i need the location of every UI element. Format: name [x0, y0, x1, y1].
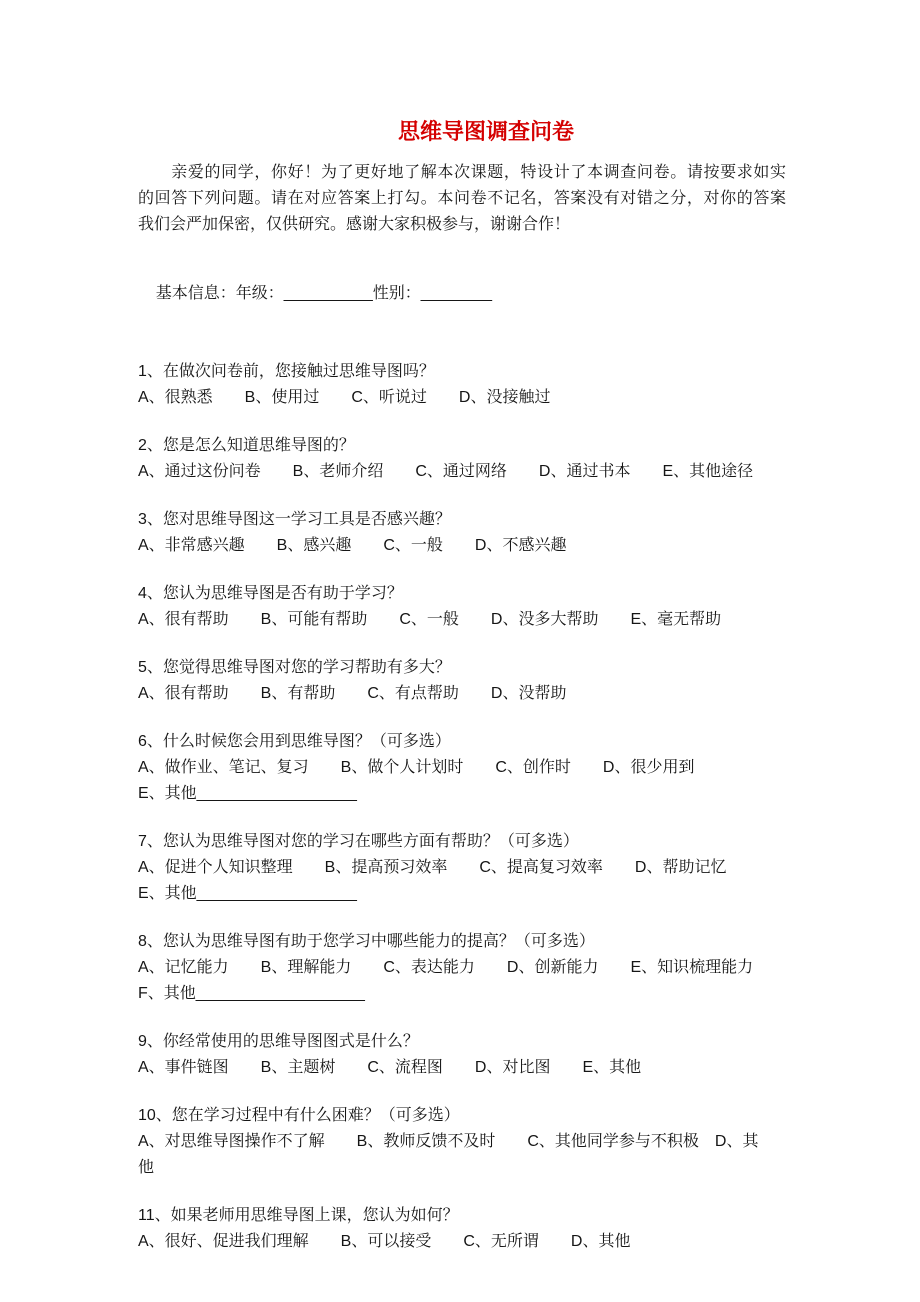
option-line: A、非常感兴趣 B、感兴趣 C、一般 D、不感兴趣: [138, 533, 786, 559]
basic-info-label: 基本信息：年级：: [156, 285, 284, 302]
question-block: 2、您是怎么知道思维导图的？A、通过这份问卷 B、老师介绍 C、通过网络 D、通…: [138, 433, 786, 485]
question-text: 5、您觉得思维导图对您的学习帮助有多大？: [138, 655, 786, 681]
option-line: F、其他___________________: [138, 981, 786, 1007]
document-title: 思维导图调查问卷: [138, 117, 786, 147]
question-block: 4、您认为思维导图是否有助于学习？A、很有帮助 B、可能有帮助 C、一般 D、没…: [138, 581, 786, 633]
question-text: 1、在做次问卷前，您接触过思维导图吗？: [138, 359, 786, 385]
option-line: A、很熟悉 B、使用过 C、听说过 D、没接触过: [138, 385, 786, 411]
option-line: A、做作业、笔记、复习 B、做个人计划时 C、创作时 D、很少用到: [138, 755, 786, 781]
question-text: 6、什么时候您会用到思维导图？（可多选）: [138, 729, 786, 755]
option-line: A、很有帮助 B、可能有帮助 C、一般 D、没多大帮助 E、毫无帮助: [138, 607, 786, 633]
question-block: 8、您认为思维导图有助于您学习中哪些能力的提高？（可多选）A、记忆能力 B、理解…: [138, 929, 786, 1007]
question-text: 4、您认为思维导图是否有助于学习？: [138, 581, 786, 607]
option-line: E、其他__________________: [138, 781, 786, 807]
question-text: 11、如果老师用思维导图上课，您认为如何？: [138, 1203, 786, 1229]
intro-line: 亲爱的同学，你好！为了更好地了解本次课题，特设计了本调查问卷。请按要求如实: [138, 160, 786, 186]
option-line: A、对思维导图操作不了解 B、教师反馈不及时 C、其他同学参与不积极 D、其: [138, 1129, 786, 1155]
question-block: 5、您觉得思维导图对您的学习帮助有多大？A、很有帮助 B、有帮助 C、有点帮助 …: [138, 655, 786, 707]
intro-paragraph: 亲爱的同学，你好！为了更好地了解本次课题，特设计了本调查问卷。请按要求如实的回答…: [138, 160, 786, 238]
question-text: 8、您认为思维导图有助于您学习中哪些能力的提高？（可多选）: [138, 929, 786, 955]
grade-blank: __________: [284, 285, 373, 302]
question-block: 9、你经常使用的思维导图图式是什么？A、事件链图 B、主题树 C、流程图 D、对…: [138, 1029, 786, 1081]
option-line: A、促进个人知识整理 B、提高预习效率 C、提高复习效率 D、帮助记忆: [138, 855, 786, 881]
option-line: A、很有帮助 B、有帮助 C、有点帮助 D、没帮助: [138, 681, 786, 707]
basic-info-line: 基本信息：年级：__________性别：________: [138, 255, 786, 333]
question-text: 3、您对思维导图这一学习工具是否感兴趣？: [138, 507, 786, 533]
gender-blank: ________: [421, 285, 492, 302]
question-block: 10、您在学习过程中有什么困难？（可多选）A、对思维导图操作不了解 B、教师反馈…: [138, 1103, 786, 1181]
option-line: A、通过这份问卷 B、老师介绍 C、通过网络 D、通过书本 E、其他途径: [138, 459, 786, 485]
gender-label: 性别：: [373, 285, 421, 302]
option-line: A、记忆能力 B、理解能力 C、表达能力 D、创新能力 E、知识梳理能力: [138, 955, 786, 981]
question-block: 6、什么时候您会用到思维导图？（可多选）A、做作业、笔记、复习 B、做个人计划时…: [138, 729, 786, 807]
option-line: E、其他__________________: [138, 881, 786, 907]
option-line: A、很好、促进我们理解 B、可以接受 C、无所谓 D、其他: [138, 1229, 786, 1255]
question-text: 7、您认为思维导图对您的学习在哪些方面有帮助？（可多选）: [138, 829, 786, 855]
option-line: 他: [138, 1155, 786, 1181]
question-block: 3、您对思维导图这一学习工具是否感兴趣？A、非常感兴趣 B、感兴趣 C、一般 D…: [138, 507, 786, 559]
question-block: 7、您认为思维导图对您的学习在哪些方面有帮助？（可多选）A、促进个人知识整理 B…: [138, 829, 786, 907]
question-text: 9、你经常使用的思维导图图式是什么？: [138, 1029, 786, 1055]
intro-line: 我们会严加保密，仅供研究。感谢大家积极参与，谢谢合作！: [138, 212, 786, 238]
question-block: 11、如果老师用思维导图上课，您认为如何？A、很好、促进我们理解 B、可以接受 …: [138, 1203, 786, 1255]
document-page: 思维导图调查问卷 亲爱的同学，你好！为了更好地了解本次课题，特设计了本调查问卷。…: [0, 0, 920, 1302]
question-text: 10、您在学习过程中有什么困难？（可多选）: [138, 1103, 786, 1129]
question-list: 1、在做次问卷前，您接触过思维导图吗？A、很熟悉 B、使用过 C、听说过 D、没…: [138, 359, 786, 1255]
option-line: A、事件链图 B、主题树 C、流程图 D、对比图 E、其他: [138, 1055, 786, 1081]
intro-line: 的回答下列问题。请在对应答案上打勾。本问卷不记名，答案没有对错之分，对你的答案: [138, 186, 786, 212]
question-block: 1、在做次问卷前，您接触过思维导图吗？A、很熟悉 B、使用过 C、听说过 D、没…: [138, 359, 786, 411]
question-text: 2、您是怎么知道思维导图的？: [138, 433, 786, 459]
